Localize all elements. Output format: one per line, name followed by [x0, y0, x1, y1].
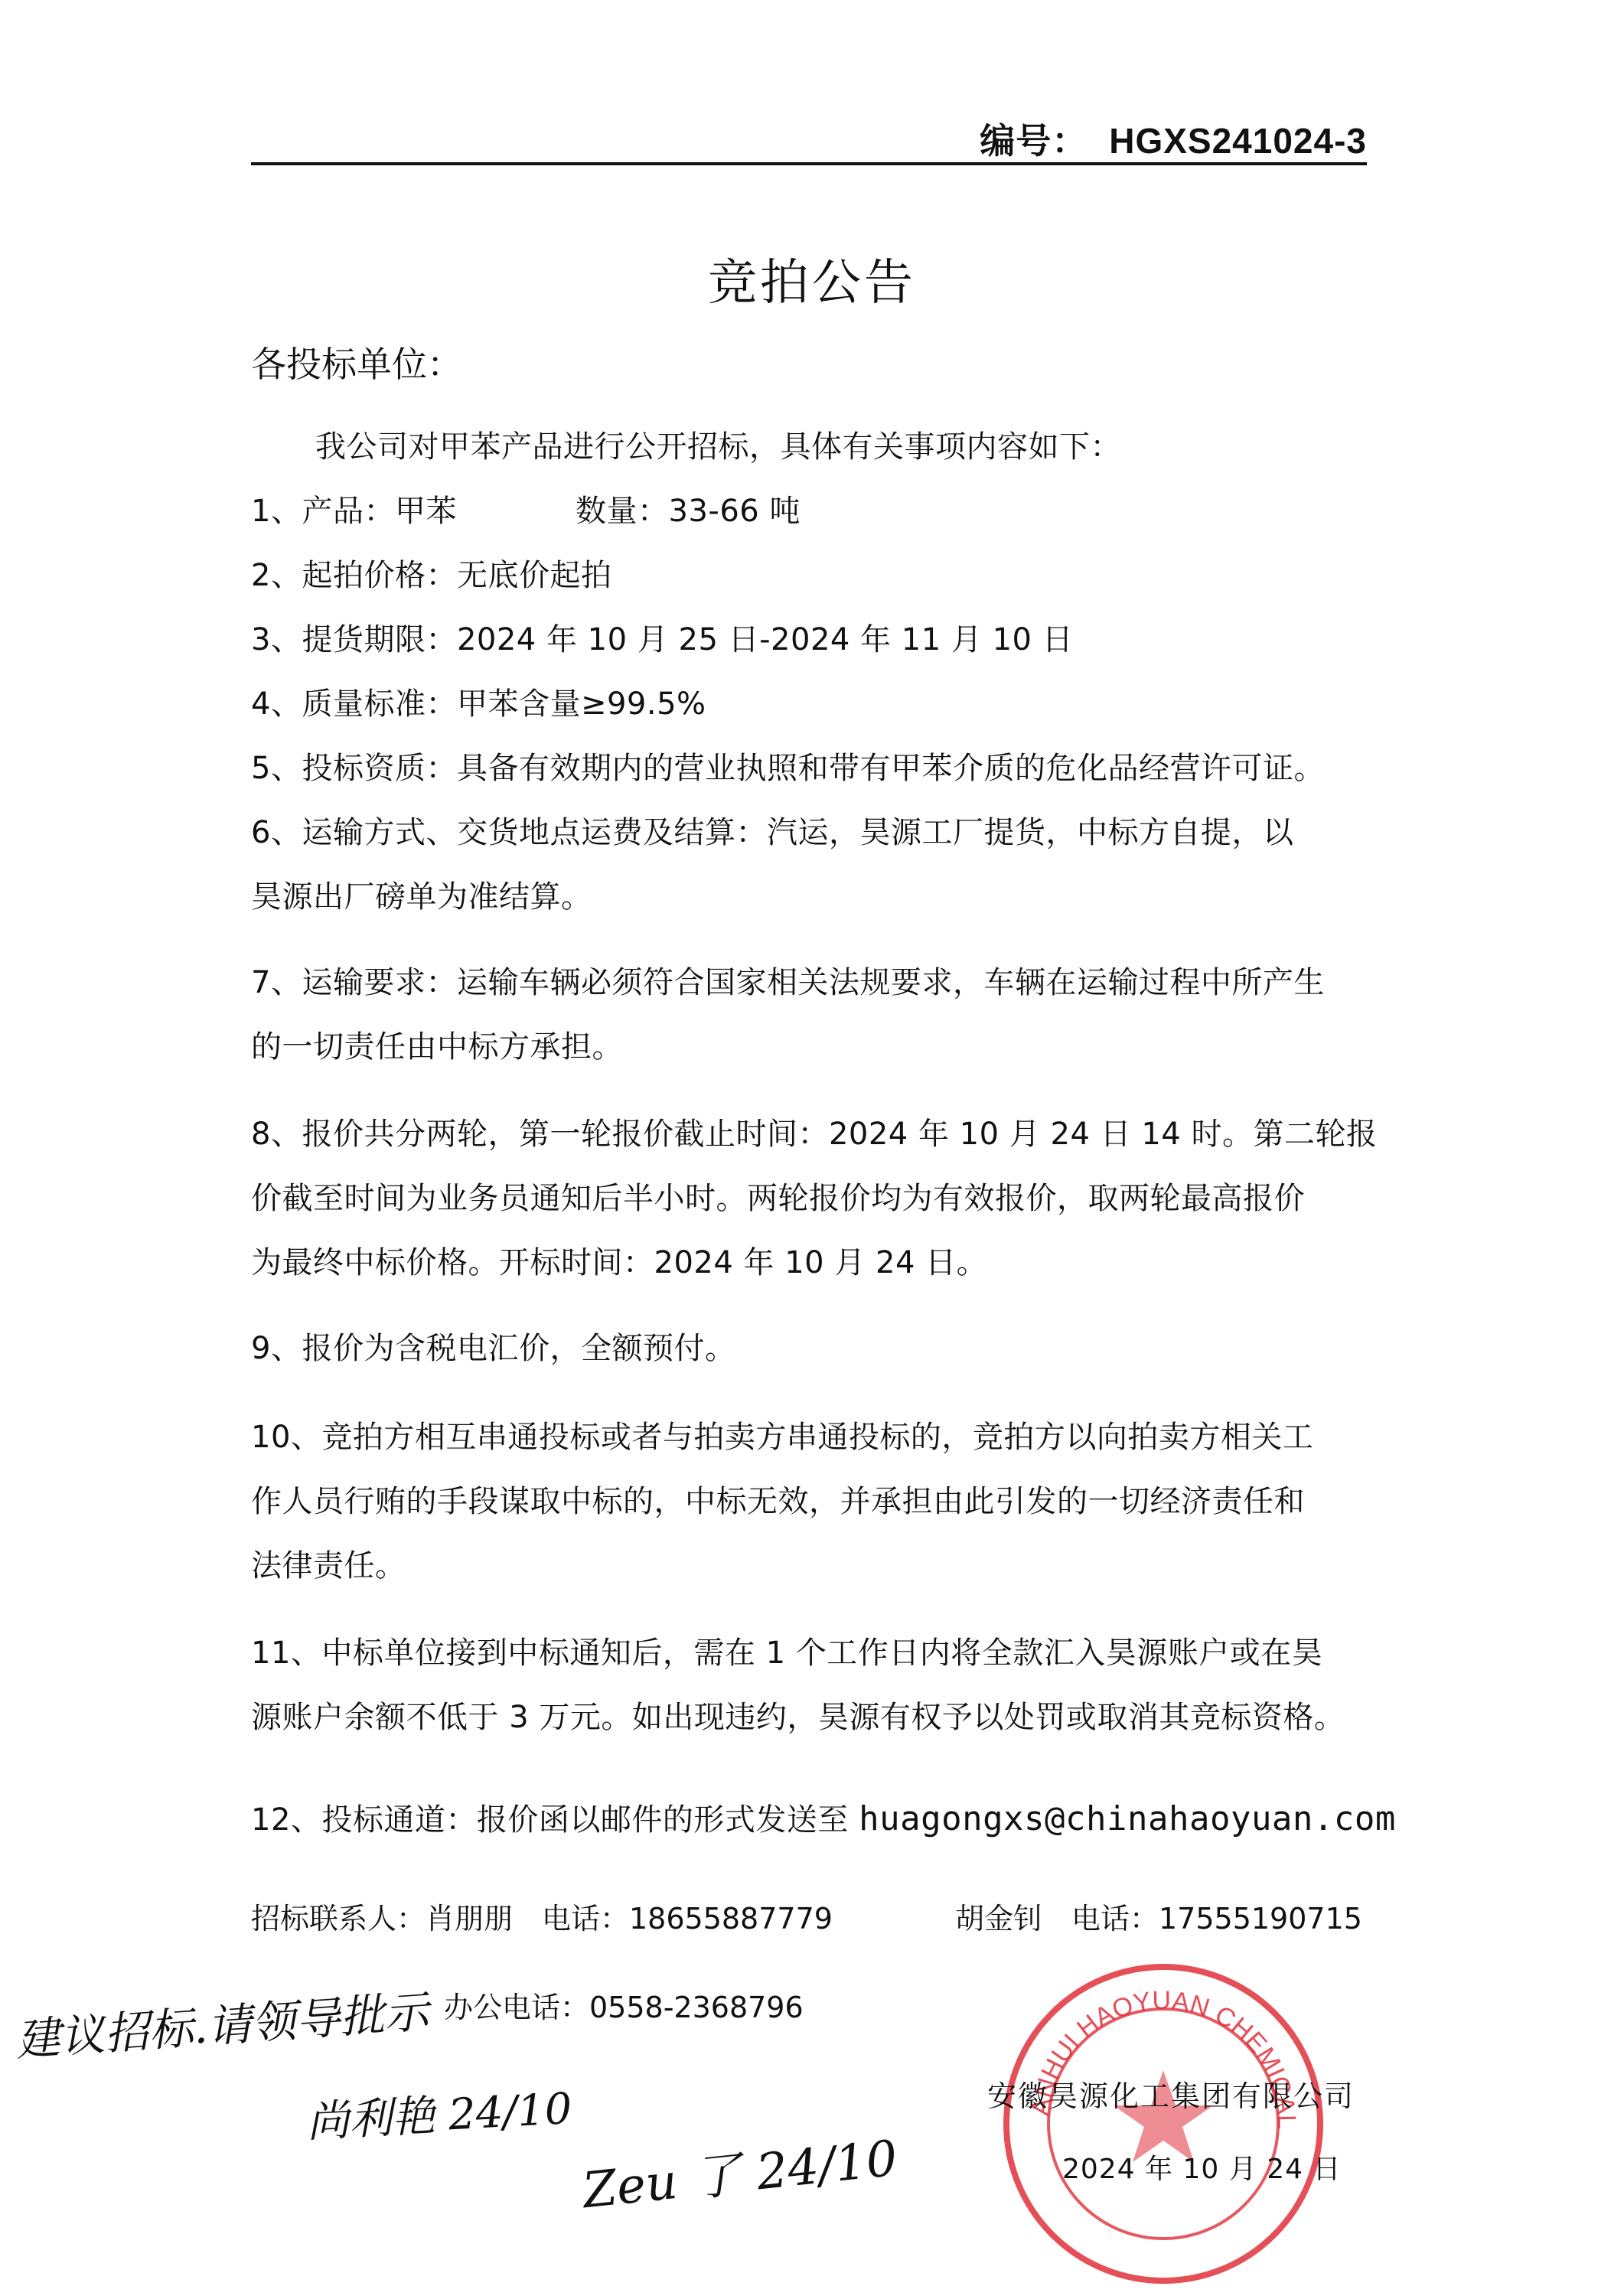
page-title: 竞拍公告: [0, 243, 1624, 314]
handwritten-approval-note: 建议招标.请领导批示: [14, 1975, 431, 2068]
document-number: 编号：HGXS241024-3: [980, 113, 1367, 164]
item-10-line2: 作人员行贿的手段谋取中标的，中标无效，并承担由此引发的一切经济责任和: [251, 1477, 1305, 1521]
item-1-product: 1、产品：甲苯: [251, 487, 457, 530]
item-11-line1: 11、中标单位接到中标通知后，需在 1 个工作日内将全款汇入昊源账户或在昊: [251, 1629, 1322, 1672]
item-10-line3: 法律责任。: [251, 1541, 406, 1585]
item-3: 3、提货期限：2024 年 10 月 25 日-2024 年 11 月 10 日: [251, 615, 1073, 659]
item-8-line2: 价截至时间为业务员通知后半小时。两轮报价均为有效报价，取两轮最高报价: [251, 1174, 1305, 1218]
salutation: 各投标单位：: [251, 337, 462, 387]
item-7-line2: 的一切责任由中标方承担。: [251, 1022, 623, 1066]
item-6-line2: 昊源出厂磅单为准结算。: [251, 872, 592, 916]
item-7-line1: 7、运输要求：运输车辆必须符合国家相关法规要求，车辆在运输过程中所产生: [251, 958, 1325, 1002]
item-2: 2、起拍价格：无底价起拍: [251, 551, 611, 595]
item-6-line1: 6、运输方式、交货地点运费及结算：汽运，昊源工厂提货，中标方自提，以: [251, 808, 1293, 852]
item-10-line1: 10、竞拍方相互串通投标或者与拍卖方串通投标的，竞拍方以向拍卖方相关工: [251, 1413, 1313, 1456]
item-5: 5、投标资质：具备有效期内的营业执照和带有甲苯介质的危化品经营许可证。: [251, 744, 1325, 788]
item-8-line3: 为最终中标价格。开标时间：2024 年 10 月 24 日。: [251, 1238, 987, 1282]
issue-date: 2024 年 10 月 24 日: [1062, 2148, 1341, 2187]
item-12-prefix: 12、投标通道：报价函以邮件的形式发送至: [251, 1802, 849, 1838]
handwritten-signature-1: 尚利艳 24/10: [305, 2075, 573, 2150]
item-1-quantity: 数量：33-66 吨: [576, 487, 801, 530]
company-seal-stamp-icon: ANHUI HAOYUAN CHEMICAL GROUP CO.,LTD.: [995, 1955, 1332, 2292]
document-number-value: HGXS241024-3: [1109, 121, 1367, 161]
item-9: 9、报价为含税电汇价，全额预付。: [251, 1324, 735, 1368]
item-8-line1: 8、报价共分两轮，第一轮报价截止时间：2024 年 10 月 24 日 14 时…: [251, 1110, 1377, 1153]
contact-1: 招标联系人：肖朋朋 电话：18655887779: [251, 1895, 833, 1937]
item-12: 12、投标通道：报价函以邮件的形式发送至 huagongxs@chinahaoy…: [251, 1795, 1396, 1839]
contact-2: 胡金钊 电话：17555190715: [955, 1895, 1362, 1937]
item-4: 4、质量标准：甲苯含量≥99.5%: [251, 680, 706, 723]
item-11-line2: 源账户余额不低于 3 万元。如出现违约，昊源有权予以处罚或取消其竞标资格。: [251, 1693, 1345, 1737]
document-page: 编号：HGXS241024-3 竞拍公告 各投标单位： 我公司对甲苯产品进行公开…: [0, 0, 1624, 2296]
handwritten-signature-2: Zeu 了 24/10: [579, 2119, 900, 2223]
office-phone: 办公电话：0558-2368796: [444, 1984, 804, 2026]
bid-email-link[interactable]: huagongxs@chinahaoyuan.com: [859, 1799, 1396, 1838]
intro-text: 我公司对甲苯产品进行公开招标，具体有关事项内容如下：: [315, 422, 1121, 466]
issuer-company-name: 安徽昊源化工集团有限公司: [987, 2073, 1355, 2115]
header-rule: [251, 162, 1367, 165]
document-number-label: 编号：: [980, 120, 1088, 161]
